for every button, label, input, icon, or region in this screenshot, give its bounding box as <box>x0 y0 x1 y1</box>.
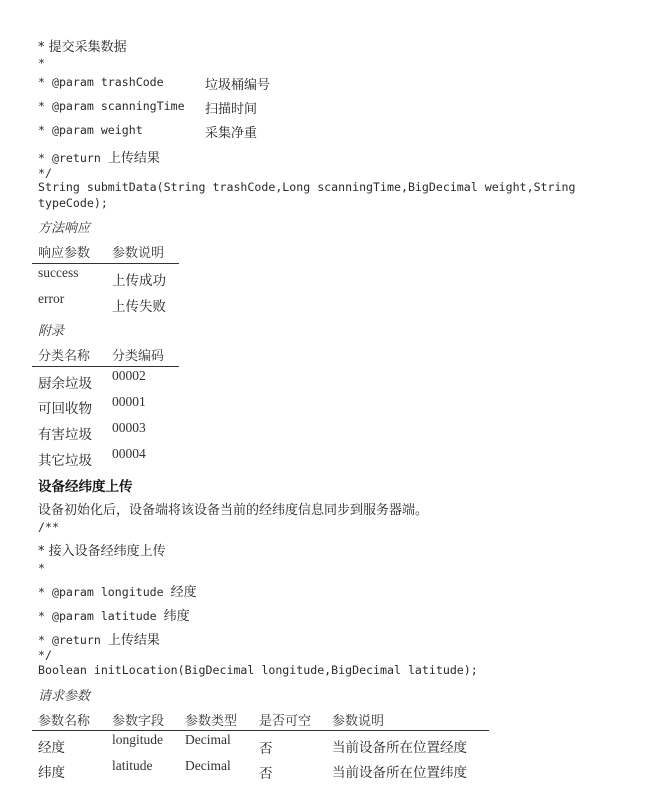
request-row-name: 纬度 <box>38 761 65 781</box>
param-weight-desc: 采集净重 <box>205 122 257 141</box>
param-scanningtime-name: * @param scanningTime <box>38 99 185 113</box>
appendix-section-title: 附录 <box>38 320 64 339</box>
return-desc: 上传结果 <box>108 633 160 648</box>
comment-summary-line: * 提交采集数据 <box>38 36 127 55</box>
request-row-nullable: 否 <box>259 737 273 757</box>
appendix-row-code: 00002 <box>112 368 146 384</box>
request-row-type: Decimal <box>185 732 231 748</box>
return-line: * @return 上传结果 <box>38 147 160 166</box>
request-row-desc: 当前设备所在位置纬度 <box>332 761 467 781</box>
param-scanningtime-line: * @param scanningTime <box>38 99 185 113</box>
param-latitude-desc: 纬度 <box>164 609 190 624</box>
param-weight-line: * @param weight <box>38 123 143 137</box>
param-trashcode-name: * @param trashCode <box>38 75 164 89</box>
comment-summary-text: * 接入设备经纬度上传 <box>38 544 166 559</box>
comment-close-line: */ <box>38 648 52 662</box>
param-weight-name: * @param weight <box>38 123 143 137</box>
submit-data-signature-line1: String submitData(String trashCode,Long … <box>38 180 575 194</box>
appendix-header-rule <box>32 366 179 367</box>
param-longitude-name: * @param longitude <box>38 585 164 599</box>
request-row-field: latitude <box>112 758 153 774</box>
response-header-param: 响应参数 <box>38 242 90 261</box>
response-header-rule <box>32 263 179 264</box>
comment-blank-line: * <box>38 561 45 575</box>
submit-data-signature-line2: typeCode); <box>38 196 108 210</box>
param-trashcode-line: * @param trashCode <box>38 75 164 89</box>
param-longitude-desc: 经度 <box>171 585 197 600</box>
appendix-row-code: 00001 <box>112 394 146 410</box>
appendix-row-code: 00003 <box>112 420 146 436</box>
response-row-error-param: error <box>38 291 64 307</box>
request-header-field: 参数字段 <box>112 710 164 729</box>
comment-open-line: /** <box>38 520 59 534</box>
appendix-header-name: 分类名称 <box>38 345 90 364</box>
appendix-row-name: 可回收物 <box>38 397 92 417</box>
appendix-row-name: 有害垃圾 <box>38 423 92 443</box>
response-row-success-param: success <box>38 265 79 281</box>
return-tag: * @return <box>38 633 101 647</box>
comment-close-line: */ <box>38 166 52 180</box>
request-row-nullable: 否 <box>259 762 273 782</box>
appendix-row-name: 其它垃圾 <box>38 449 92 469</box>
appendix-row-code: 00004 <box>112 446 146 462</box>
param-latitude-line: * @param latitude 纬度 <box>38 605 190 624</box>
comment-summary-line: * 接入设备经纬度上传 <box>38 540 166 559</box>
init-location-signature: Boolean initLocation(BigDecimal longitud… <box>38 663 478 677</box>
return-line: * @return 上传结果 <box>38 629 160 648</box>
param-latitude-name: * @param latitude <box>38 609 157 623</box>
response-section-title: 方法响应 <box>38 217 90 236</box>
request-row-type: Decimal <box>185 758 231 774</box>
request-header-name: 参数名称 <box>38 710 90 729</box>
request-header-nullable: 是否可空 <box>259 710 311 729</box>
param-trashcode-desc: 垃圾桶编号 <box>205 74 270 93</box>
return-desc: 上传结果 <box>108 151 160 166</box>
param-longitude-line: * @param longitude 经度 <box>38 581 197 600</box>
request-row-desc: 当前设备所在位置经度 <box>332 736 467 756</box>
response-header-desc: 参数说明 <box>112 242 164 261</box>
appendix-header-code: 分类编码 <box>112 345 164 364</box>
comment-summary-text: * 提交采集数据 <box>38 40 127 55</box>
request-header-rule <box>32 730 489 731</box>
request-row-name: 经度 <box>38 736 65 756</box>
appendix-row-name: 厨余垃圾 <box>38 372 92 392</box>
location-section-description: 设备初始化后，设备端将该设备当前的经纬度信息同步到服务器端。 <box>38 499 428 518</box>
request-header-type: 参数类型 <box>185 710 237 729</box>
return-tag: * @return <box>38 151 101 165</box>
location-section-title: 设备经纬度上传 <box>38 475 133 495</box>
request-header-desc: 参数说明 <box>332 710 384 729</box>
response-row-success-desc: 上传成功 <box>112 269 166 289</box>
comment-blank-line: * <box>38 56 45 70</box>
request-section-title: 请求参数 <box>38 685 90 704</box>
response-row-error-desc: 上传失败 <box>112 295 166 315</box>
request-row-field: longitude <box>112 732 163 748</box>
param-scanningtime-desc: 扫描时间 <box>205 98 257 117</box>
